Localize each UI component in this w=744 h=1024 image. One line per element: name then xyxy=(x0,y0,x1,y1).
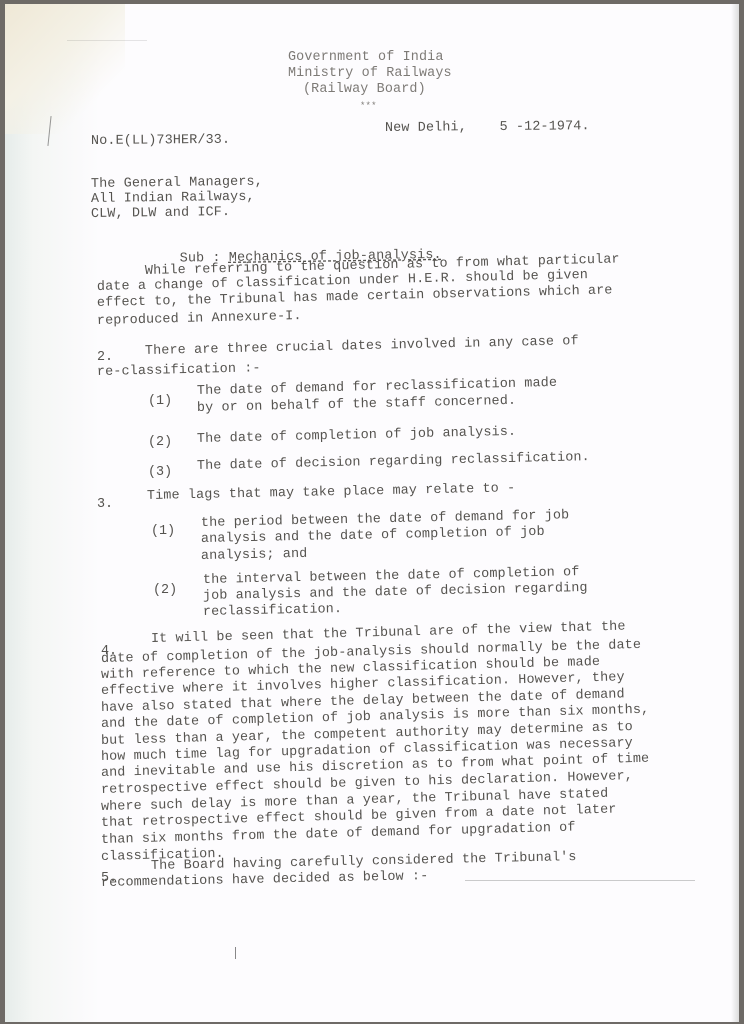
scan-mark xyxy=(235,947,236,959)
paragraph-line: re-classification :- xyxy=(97,361,261,380)
paragraph-line: Time lags that may take place may relate… xyxy=(147,481,516,504)
list-item-line: The date of decision regarding reclassif… xyxy=(197,450,590,474)
scan-mark xyxy=(67,40,147,41)
paragraph-number: 3. xyxy=(97,497,113,512)
letterhead-line: Ministry of Railways xyxy=(288,66,452,81)
paragraph-line: There are three crucial dates involved i… xyxy=(145,334,579,359)
list-item-line: analysis; and xyxy=(201,547,308,564)
list-marker: (2) xyxy=(153,583,177,598)
paragraph-number: 2. xyxy=(97,350,113,365)
addressee-line: CLW, DLW and ICF. xyxy=(91,205,230,222)
list-marker: (3) xyxy=(148,465,172,480)
dotted-rule xyxy=(465,880,695,881)
list-marker: (1) xyxy=(151,524,175,539)
list-marker: (1) xyxy=(148,394,172,409)
scan-shadow-left xyxy=(5,4,100,1022)
scanned-page: Government of India Ministry of Railways… xyxy=(5,4,739,1022)
list-marker: (2) xyxy=(148,435,172,450)
paragraph-line: reproduced in Annexure-I. xyxy=(97,309,302,329)
letterhead-ornament: *** xyxy=(360,101,377,111)
place-and-date: New Delhi, 5 -12-1974. xyxy=(385,119,590,136)
reference-number: No.E(LL)73HER/33. xyxy=(91,133,230,149)
scan-shadow-corner xyxy=(5,4,125,134)
list-item-line: reclassification. xyxy=(203,602,342,620)
paragraph-line: recommendations have decided as below :- xyxy=(101,869,429,891)
list-item-line: The date of completion of job analysis. xyxy=(197,425,517,447)
addressee-line: All Indian Railways, xyxy=(91,190,255,207)
letterhead-line: (Railway Board) xyxy=(303,82,426,97)
letterhead-line: Government of India xyxy=(288,50,444,65)
scan-edge-right xyxy=(731,4,739,1022)
